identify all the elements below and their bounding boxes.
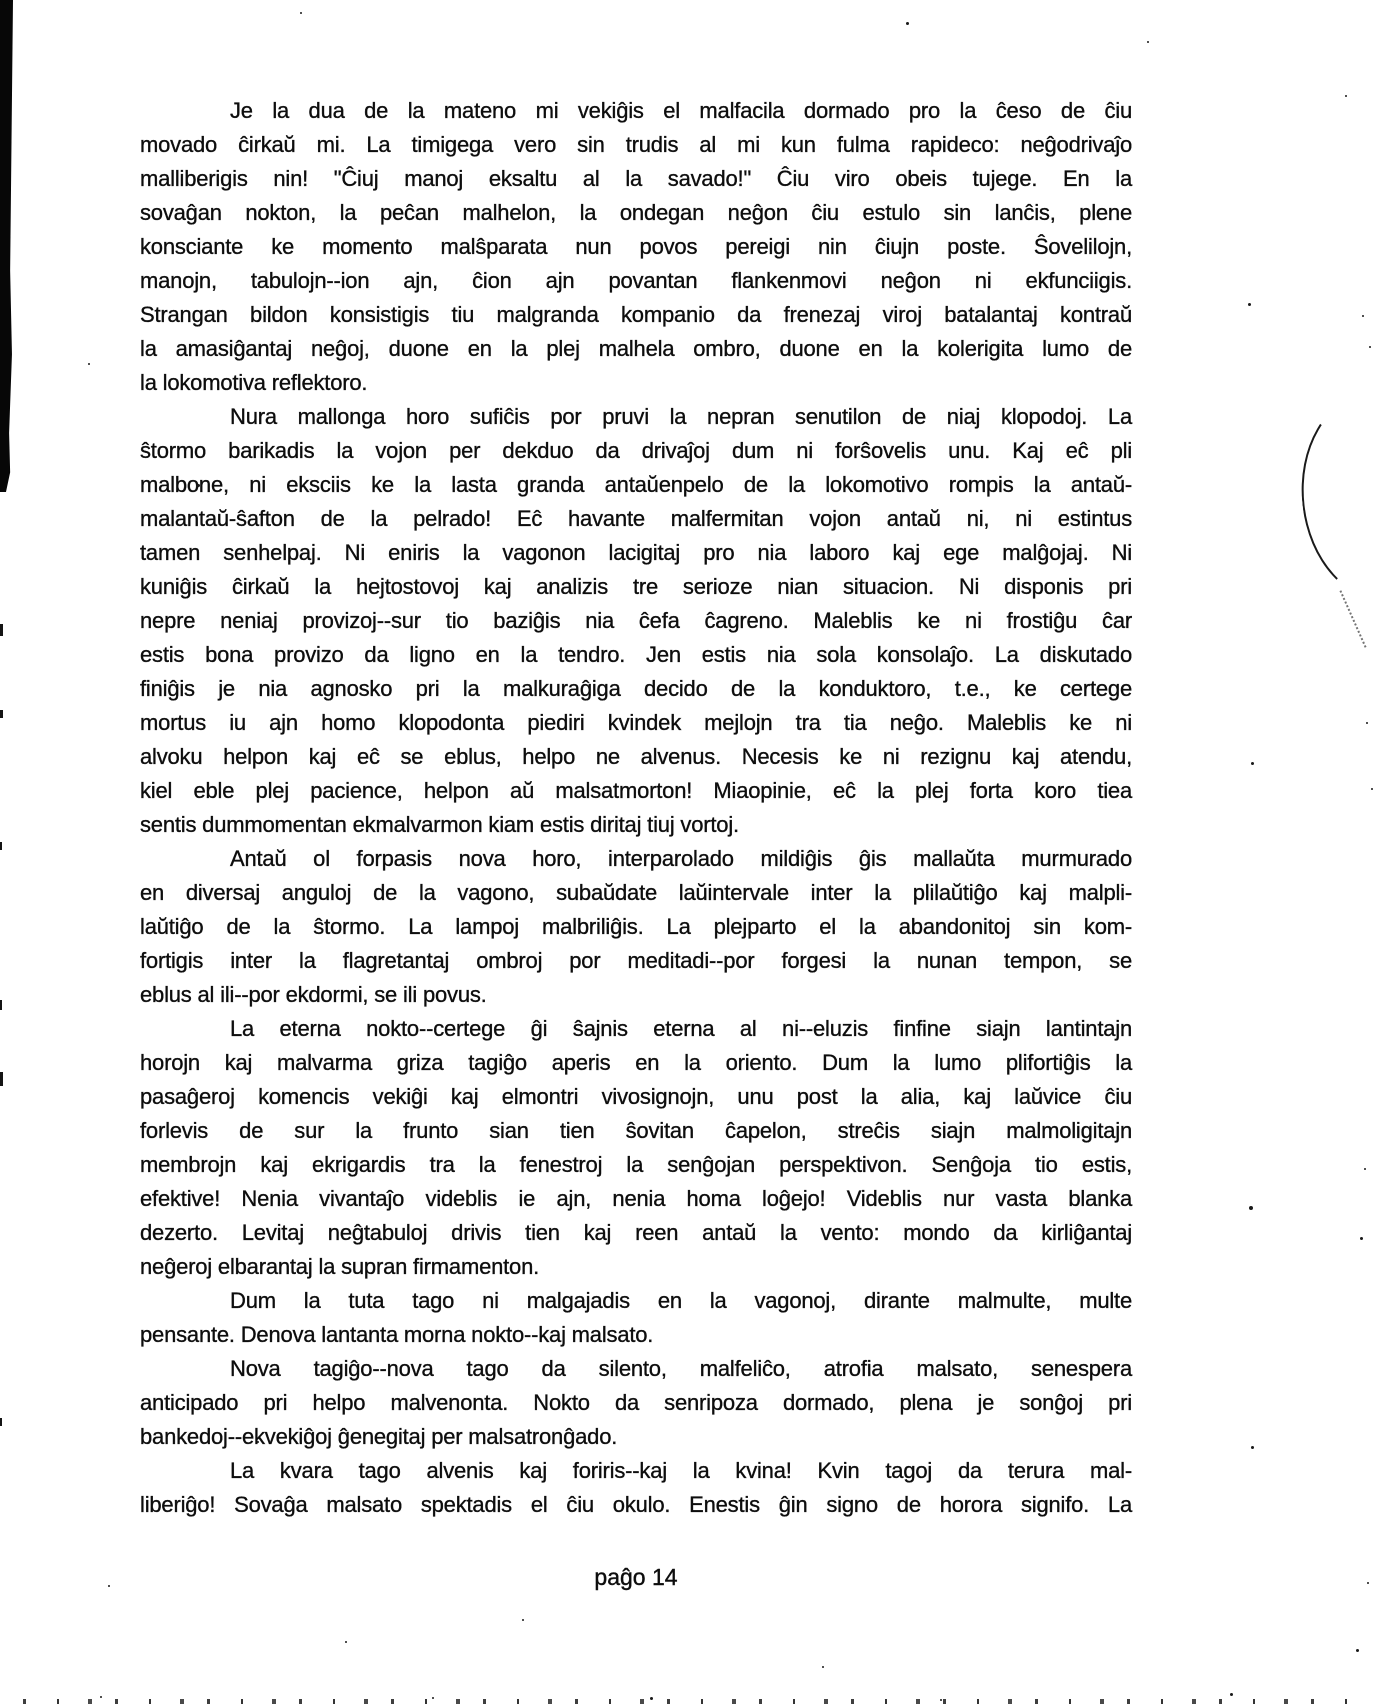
text-line: malantaŭ-ŝafton de la pelrado! Eĉ havant…	[140, 502, 1132, 536]
text-line: Strangan bildon konsistigis tiu malgrand…	[140, 298, 1132, 332]
scan-speck	[1367, 1582, 1369, 1584]
scan-edge-tick	[0, 1000, 2, 1010]
scanned-page: Je la dua de la mateno mi vekiĝis el mal…	[0, 0, 1376, 1704]
scan-speck	[1369, 346, 1371, 348]
scan-speck	[822, 1666, 824, 1668]
scan-speck	[1362, 315, 1364, 317]
text-line: eblus al ili--por ekdormi, se ili povus.	[140, 978, 1132, 1012]
paragraph: Nova tagiĝo--nova tago da silento, malfe…	[140, 1352, 1132, 1454]
text-line: la amasiĝantaj neĝoj, duone en la plej m…	[140, 332, 1132, 366]
text-line: malliberigis nin! "Ĉiuj manoj eksaltu al…	[140, 162, 1132, 196]
scan-speck	[940, 1699, 942, 1701]
text-line: neĝeroj elbarantaj la supran firmamenton…	[140, 1250, 1132, 1284]
paragraph: La kvara tago alvenis kaj foriris--kaj l…	[140, 1454, 1132, 1522]
scan-crease-tail	[1339, 590, 1366, 647]
text-line: en diversaj anguloj de la vagono, subaŭd…	[140, 876, 1132, 910]
text-line: fortigis inter la flagretantaj ombroj po…	[140, 944, 1132, 978]
scan-speck	[1251, 1446, 1254, 1449]
text-line: sovaĝan nokton, la peĉan malhelon, la on…	[140, 196, 1132, 230]
text-line: liberiĝo! Sovaĝa malsato spektadis el ĉi…	[140, 1488, 1132, 1522]
scan-speck	[650, 1697, 653, 1700]
text-line: sentis dummomentan ekmalvarmon kiam esti…	[140, 808, 1132, 842]
text-line: alvoku helpon kaj eĉ se eblus, helpo ne …	[140, 740, 1132, 774]
scan-speck	[906, 22, 909, 25]
scan-speck	[522, 1619, 524, 1621]
text-line: nepre neniaj provizoj--sur tio baziĝis n…	[140, 604, 1132, 638]
text-line: malbone, ni eksciis ke la lasta granda a…	[140, 468, 1132, 502]
text-line: dezerto. Levitaj neĝtabuloj drivis tien …	[140, 1216, 1132, 1250]
text-line: mortus iu ajn homo klopodonta piediri kv…	[140, 706, 1132, 740]
scan-speck	[1366, 722, 1368, 724]
scan-edge-tick	[0, 842, 2, 850]
paragraph: Nura mallonga horo sufiĉis por pruvi la …	[140, 400, 1132, 842]
scan-edge-tick	[0, 624, 3, 636]
text-line: konsciante ke momento malŝparata nun pov…	[140, 230, 1132, 264]
scan-speck	[300, 12, 302, 14]
scan-speck	[1371, 788, 1373, 790]
paragraph: Je la dua de la mateno mi vekiĝis el mal…	[140, 94, 1132, 400]
text-line: anticipado pri helpo malvenonta. Nokto d…	[140, 1386, 1132, 1420]
scan-speck	[197, 484, 200, 487]
text-line: La eterna nokto--certege ĝi ŝajnis etern…	[140, 1012, 1132, 1046]
scan-edge-tick	[0, 1418, 2, 1426]
scan-speck	[88, 363, 90, 365]
scan-speck	[1251, 762, 1254, 765]
scan-speck	[1249, 1206, 1253, 1210]
scan-speck	[1248, 303, 1251, 306]
text-line: manojn, tabulojn--ion ajn, ĉion ajn pova…	[140, 264, 1132, 298]
scan-edge-tick	[0, 1072, 3, 1086]
text-block: Je la dua de la mateno mi vekiĝis el mal…	[140, 94, 1132, 1522]
text-line: pensante. Denova lantanta morna nokto--k…	[140, 1318, 1132, 1352]
scan-speck	[100, 1696, 102, 1698]
text-line: efektive! Nenia vivantaĵo videblis ie aj…	[140, 1182, 1132, 1216]
text-line: la lokomotiva reflektoro.	[140, 366, 1132, 400]
scan-edge-tick	[0, 710, 3, 718]
text-line: ŝtormo barikadis la vojon per dekduo da …	[140, 434, 1132, 468]
scan-speck	[257, 1441, 259, 1443]
text-line: estis bona provizo da ligno en la tendro…	[140, 638, 1132, 672]
scan-speck	[345, 1641, 347, 1643]
text-line: bankedoj--ekvekiĝoj ĝenegitaj per malsat…	[140, 1420, 1132, 1454]
scan-speck	[1345, 95, 1347, 97]
text-line: kuniĝis ĉirkaŭ la hejtostovoj kaj analiz…	[140, 570, 1132, 604]
scan-speck	[1360, 1237, 1363, 1240]
text-line: Je la dua de la mateno mi vekiĝis el mal…	[140, 94, 1132, 128]
text-line: Nova tagiĝo--nova tago da silento, malfe…	[140, 1352, 1132, 1386]
text-line: pasaĝeroj komencis vekiĝi kaj elmontri v…	[140, 1080, 1132, 1114]
scan-speck	[432, 1697, 434, 1699]
scan-speck	[1364, 1168, 1366, 1170]
scan-speck	[1147, 41, 1149, 43]
text-line: Nura mallonga horo sufiĉis por pruvi la …	[140, 400, 1132, 434]
text-line: Antaŭ ol forpasis nova horo, interparola…	[140, 842, 1132, 876]
text-line: laŭtiĝo de la ŝtormo. La lampoj malbrili…	[140, 910, 1132, 944]
text-line: movado ĉirkaŭ mi. La timigega vero sin t…	[140, 128, 1132, 162]
paragraph: Antaŭ ol forpasis nova horo, interparola…	[140, 842, 1132, 1012]
text-line: membrojn kaj ekrigardis tra la fenestroj…	[140, 1148, 1132, 1182]
text-line: forlevis de sur la frunto sian tien ŝovi…	[140, 1114, 1132, 1148]
page-footer: paĝo 14	[140, 1564, 1132, 1591]
text-line: finiĝis je nia agnosko pri la malkuraĝig…	[140, 672, 1132, 706]
page-number: paĝo 14	[594, 1564, 677, 1590]
scan-crease-arc	[1291, 385, 1376, 609]
scan-speck	[1356, 1649, 1359, 1652]
paragraph: La eterna nokto--certege ĝi ŝajnis etern…	[140, 1012, 1132, 1284]
scan-speck	[1230, 1693, 1233, 1696]
scan-artifact-bottom-edge	[0, 1699, 1376, 1704]
scan-speck	[108, 1585, 110, 1587]
paragraph: Dum la tuta tago ni malgajadis en la vag…	[140, 1284, 1132, 1352]
text-line: Dum la tuta tago ni malgajadis en la vag…	[140, 1284, 1132, 1318]
text-line: tamen senhelpaj. Ni eniris la vagonon la…	[140, 536, 1132, 570]
text-line: kiel eble plej pacience, helpon aŭ malsa…	[140, 774, 1132, 808]
scan-artifact-left-bar	[0, 0, 13, 492]
text-line: La kvara tago alvenis kaj foriris--kaj l…	[140, 1454, 1132, 1488]
text-line: horojn kaj malvarma griza tagiĝo aperis …	[140, 1046, 1132, 1080]
